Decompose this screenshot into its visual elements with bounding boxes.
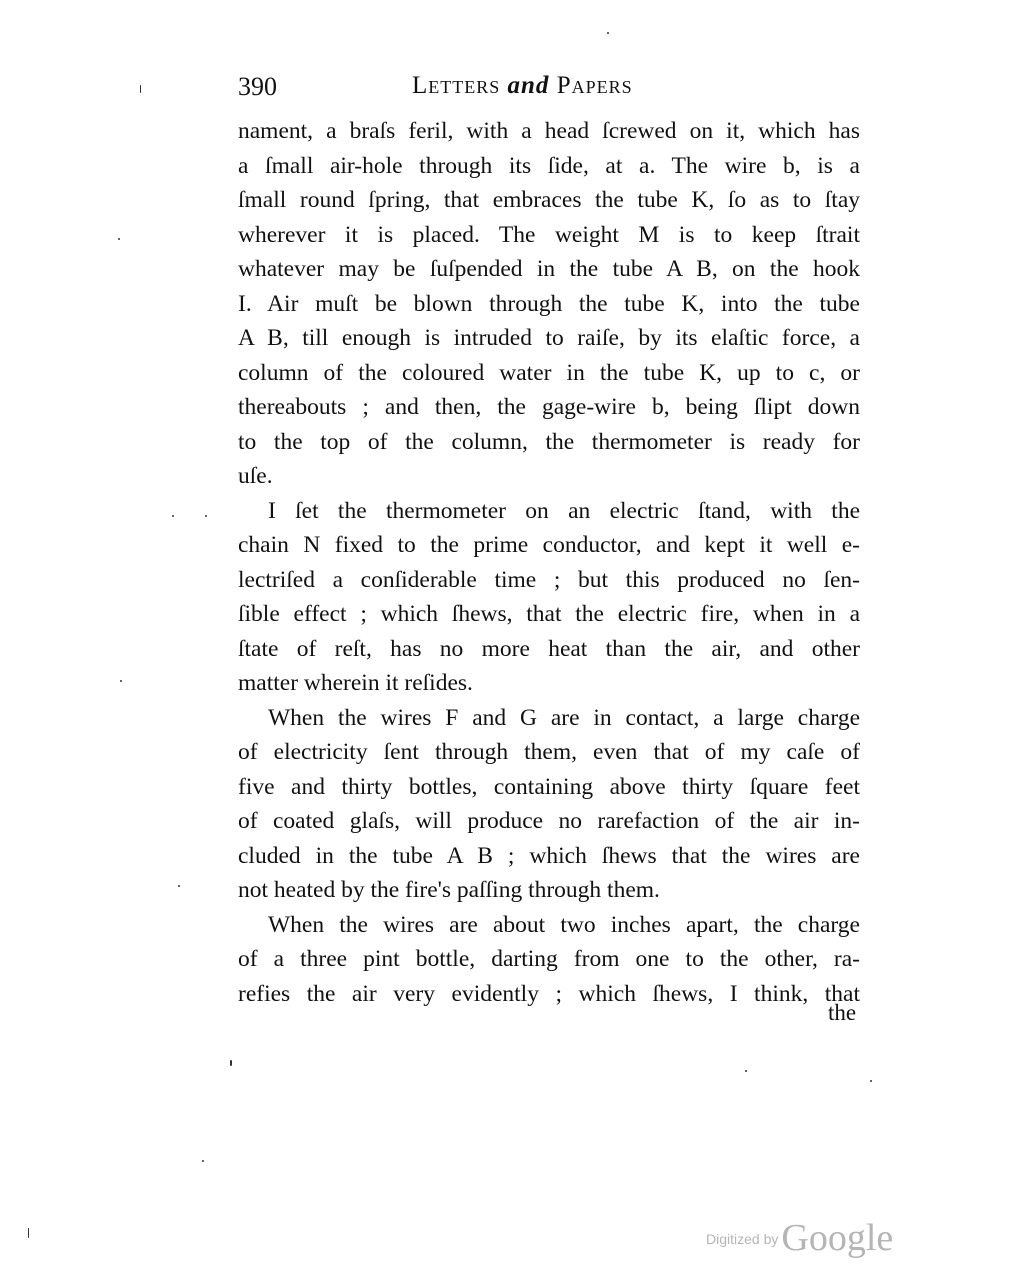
- text-line: not heated by the fire's paſſing through…: [238, 873, 860, 908]
- text-line: ſible effect ; which ſhews, that the ele…: [238, 597, 860, 632]
- text-line: whatever may be ſuſpended in the tube A …: [238, 252, 860, 287]
- scan-speck: [120, 680, 122, 682]
- page-header: 390 Letters and Papers: [238, 72, 858, 106]
- text-line: a ſmall air-hole through its ſide, at a.…: [238, 149, 860, 184]
- text-line: matter wherein it reſides.: [238, 666, 860, 701]
- body-text: nament, a braſs feril, with a head ſcrew…: [238, 114, 860, 1011]
- text-line: I. Air muſt be blown through the tube K,…: [238, 287, 860, 322]
- text-line: A B, till enough is intruded to raiſe, b…: [238, 321, 860, 356]
- running-head-prefix: Letters: [412, 72, 500, 99]
- watermark-prefix: Digitized by: [706, 1231, 778, 1247]
- text-line: I ſet the thermometer on an electric ſta…: [238, 494, 860, 529]
- running-head-suffix: Papers: [557, 72, 633, 99]
- text-line: ſtate of reſt, has no more heat than the…: [238, 632, 860, 667]
- text-line: of a three pint bottle, darting from one…: [238, 942, 860, 977]
- catchword: the: [828, 1000, 856, 1026]
- text-line: refies the air very evidently ; which ſh…: [238, 977, 860, 1012]
- scanned-book-page: 390 Letters and Papers nament, a braſs f…: [0, 0, 1014, 1282]
- scan-speck: [178, 885, 180, 887]
- text-line: nament, a braſs feril, with a head ſcrew…: [238, 114, 860, 149]
- scan-speck: [870, 1080, 872, 1082]
- text-line: When the wires F and G are in contact, a…: [238, 701, 860, 736]
- text-line: column of the coloured water in the tube…: [238, 356, 860, 391]
- page-number: 390: [238, 72, 277, 102]
- scan-speck: [745, 1070, 747, 1072]
- digitized-by-watermark: Digitized byGoogle: [706, 1216, 893, 1260]
- google-logo: Google: [781, 1217, 893, 1259]
- text-line: chain N fixed to the prime conductor, an…: [238, 528, 860, 563]
- scan-speck: [607, 32, 609, 34]
- text-line: uſe.: [238, 459, 860, 494]
- scan-speck: [202, 1160, 204, 1162]
- scan-speck: [140, 85, 141, 93]
- text-line: lectriſed a conſiderable time ; but this…: [238, 563, 860, 598]
- text-line: cluded in the tube A B ; which ſhews tha…: [238, 839, 860, 874]
- text-line: wherever it is placed. The weight M is t…: [238, 218, 860, 253]
- text-line: of electricity ſent through them, even t…: [238, 735, 860, 770]
- scan-speck: [28, 1228, 29, 1238]
- running-head-italic: and: [508, 72, 550, 99]
- running-head: Letters and Papers: [412, 72, 633, 100]
- scan-speck: [230, 1060, 232, 1066]
- text-line: to the top of the column, the thermomete…: [238, 425, 860, 460]
- scan-speck: [172, 515, 174, 517]
- text-line: thereabouts ; and then, the gage-wire b,…: [238, 390, 860, 425]
- scan-speck: [118, 238, 120, 240]
- scan-speck: [205, 515, 207, 517]
- text-line: When the wires are about two inches apar…: [238, 908, 860, 943]
- text-line: of coated glaſs, will produce no rarefac…: [238, 804, 860, 839]
- text-line: five and thirty bottles, containing abov…: [238, 770, 860, 805]
- text-line: ſmall round ſpring, that embraces the tu…: [238, 183, 860, 218]
